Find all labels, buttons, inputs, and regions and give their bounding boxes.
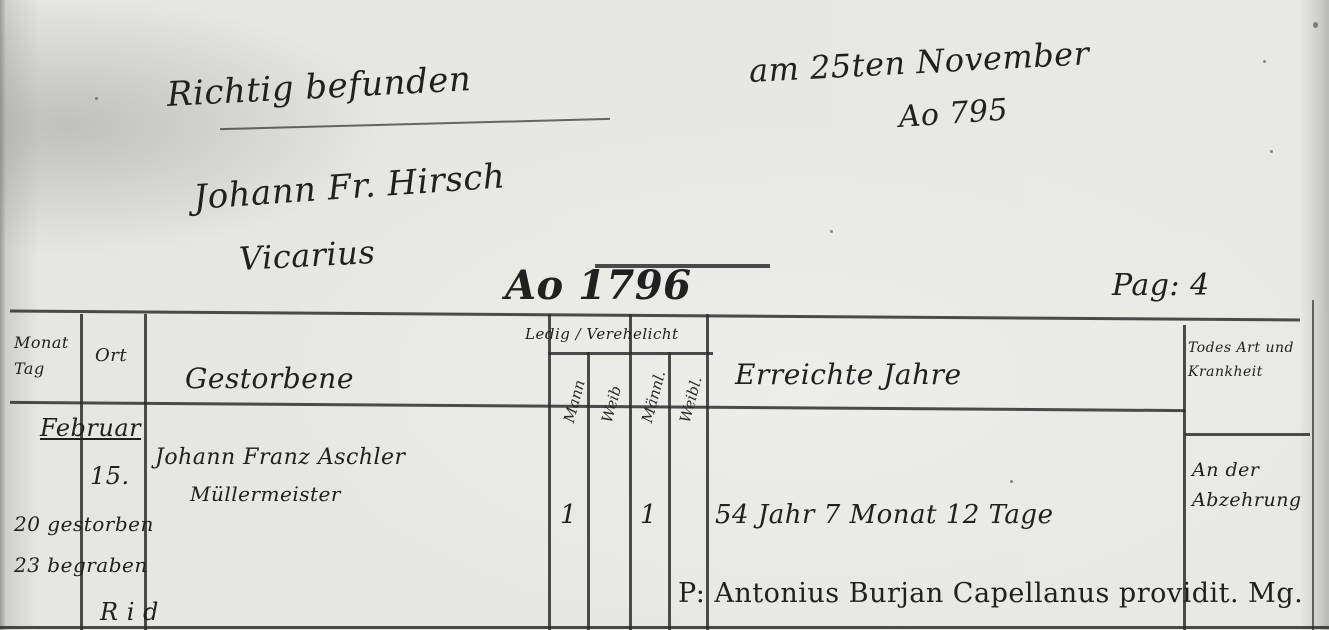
visitation-note-line2: Ao 795 (898, 92, 1010, 135)
paper-speck (1010, 480, 1013, 483)
year-heading: Ao 1796 (505, 262, 691, 309)
col-divider-status-1 (548, 314, 551, 630)
paper-speck (830, 230, 833, 233)
deceased-name: Johann Franz Aschler (155, 445, 406, 470)
visitation-note-line1b: am 25ten November (748, 34, 1090, 90)
header-cause: Todes Art und Krankheit (1188, 336, 1308, 384)
status-mark: 1 (560, 500, 577, 530)
header-status-col: Männl. (638, 369, 669, 425)
cause-header-rule (1185, 433, 1310, 436)
place-number: 15. (90, 462, 130, 490)
header-date: Monat Tag (14, 330, 78, 382)
year-overline (595, 264, 770, 268)
header-status-group: Ledig / Verehelicht (525, 325, 679, 343)
underline (220, 118, 610, 130)
next-row-partial: R i d (100, 598, 159, 626)
signature-name: Johann Fr. Hirsch (192, 156, 506, 218)
header-bottom-rule (10, 401, 1185, 412)
table-top-rule (10, 309, 1300, 321)
paper-speck (1263, 60, 1266, 63)
paper-speck (1313, 22, 1318, 28)
page-label: Pag: 4 (1112, 268, 1210, 303)
col-divider-status-3 (629, 314, 632, 630)
header-place: Ort (95, 345, 127, 366)
status-mark: 1 (640, 500, 657, 530)
header-deceased: Gestorbene (185, 362, 354, 395)
header-age: Erreichte Jahre (735, 358, 962, 391)
paper-speck (95, 97, 98, 100)
page-edge-rule (1312, 300, 1314, 630)
month-label: Februar (40, 414, 141, 442)
col-divider-date (80, 314, 83, 630)
paper-speck (1270, 150, 1273, 153)
col-divider-place (144, 314, 147, 630)
signature-title: Vicarius (238, 233, 376, 278)
age-value: 54 Jahr 7 Monat 12 Tage (715, 500, 1053, 530)
col-divider-status-4 (668, 352, 671, 630)
header-status-col: Mann (560, 378, 589, 425)
header-status-col: Weibl. (676, 375, 706, 425)
deceased-occupation: Müllermeister (190, 482, 341, 506)
date-buried: 23 begraben (14, 553, 148, 577)
col-divider-status-2 (587, 352, 590, 630)
priest-signature: P: Antonius Burjan Capellanus providit. … (678, 578, 1303, 609)
table-bottom-rule (0, 626, 1329, 629)
cause-value: An der Abzehrung (1192, 455, 1310, 515)
document-page: Richtig befunden am 25ten November Ao 79… (0, 0, 1329, 630)
visitation-note-line1a: Richtig befunden (166, 59, 472, 115)
date-died: 20 gestorben (14, 512, 154, 536)
